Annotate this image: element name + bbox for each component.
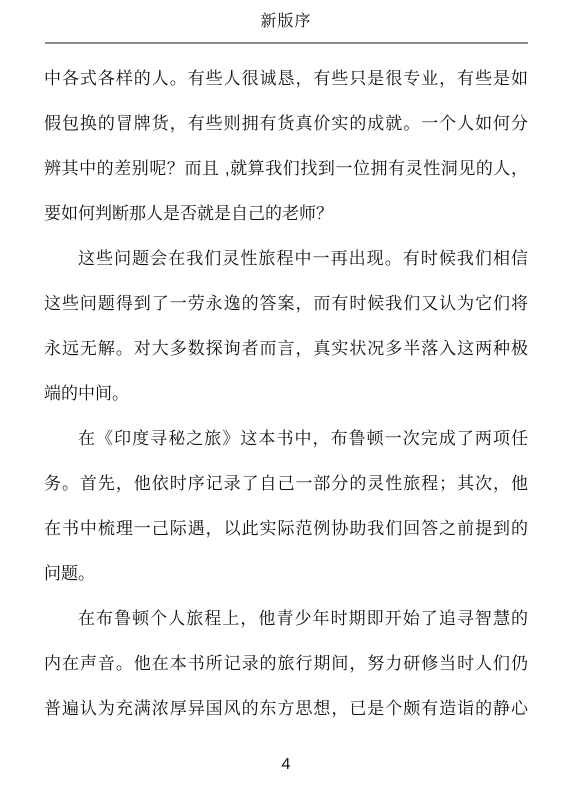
book-page: 新版序 中各式各样的人。有些人很诚恳，有些只是很专业，有些是如假包换的冒牌货，有… [0, 0, 572, 797]
text-line: 辨其中的差别呢？而且 ,就算我们找到一位拥有灵性洞见的人， [44, 146, 528, 191]
text-line: 端的中间。 [44, 371, 528, 416]
text-line: 在书中梳理一己际遇，以此实际范例协助我们回答之前提到的 [44, 506, 528, 551]
text-line: 在布鲁顿个人旅程上，他青少年时期即开始了追寻智慧的 [44, 596, 528, 641]
text-line: 普遍认为充满浓厚异国风的东方思想，已是个颇有造诣的静心 [44, 686, 528, 731]
chapter-title: 新版序 [0, 0, 572, 31]
text-line: 这些问题会在我们灵性旅程中一再出现。有时候我们相信 [44, 236, 528, 281]
page-number: 4 [0, 755, 572, 774]
text-line: 务。首先，他依时序记录了自己一部分的灵性旅程；其次，他 [44, 461, 528, 506]
text-line: 这些问题得到了一劳永逸的答案，而有时候我们又认为它们将 [44, 281, 528, 326]
text-line: 内在声音。他在本书所记录的旅行期间，努力研修当时人们仍 [44, 641, 528, 686]
text-line: 问题。 [44, 551, 528, 596]
text-line: 在《印度寻秘之旅》这本书中，布鲁顿一次完成了两项任 [44, 416, 528, 461]
header-rule [45, 42, 528, 44]
body-text: 中各式各样的人。有些人很诚恳，有些只是很专业，有些是如假包换的冒牌货，有些则拥有… [44, 56, 528, 731]
text-line: 中各式各样的人。有些人很诚恳，有些只是很专业，有些是如 [44, 56, 528, 101]
page-header: 新版序 [0, 0, 572, 44]
text-line: 永远无解。对大多数探询者而言，真实状况多半落入这两种极 [44, 326, 528, 371]
text-line: 假包换的冒牌货，有些则拥有货真价实的成就。一个人如何分 [44, 101, 528, 146]
text-line: 要如何判断那人是否就是自己的老师？ [44, 191, 528, 236]
